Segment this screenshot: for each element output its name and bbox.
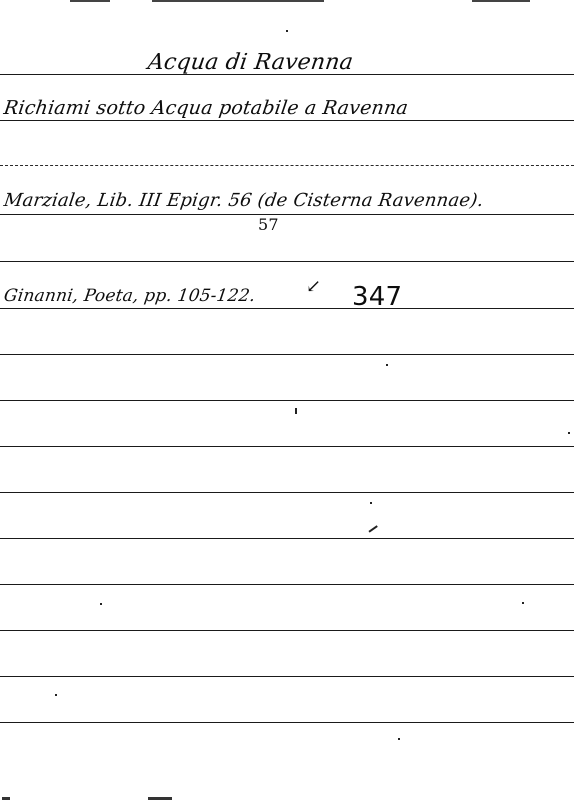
scan-speck [386,364,388,366]
scan-speck [398,738,400,740]
shelf-number: 347 [352,282,402,312]
scan-speck [522,602,524,604]
ruled-line [0,630,574,631]
scan-speck [368,525,377,532]
ruled-line [0,538,574,539]
scan-speck [55,694,57,696]
citation-martial: Marziale, Lib. III Epigr. 56 (de Cistern… [3,190,485,211]
epigram-correction: 57 [258,215,279,234]
ruled-line [0,120,574,121]
ruled-line [0,492,574,493]
ruled-line [0,261,574,262]
card-title: Acqua di Ravenna [146,50,354,75]
ruled-line [0,308,574,309]
ruled-line [0,400,574,401]
scan-speck [370,502,372,504]
index-card: Acqua di Ravenna Richiami sotto Acqua po… [0,0,574,800]
top-edge-fragment [472,0,530,2]
ruled-line [0,722,574,723]
scan-speck [295,408,297,414]
citation-ginanni: Ginanni, Poeta, pp. 105-122. [3,286,257,306]
top-edge-fragment [152,0,324,2]
scan-speck [286,30,288,32]
ruled-line [0,354,574,355]
top-edge-fragment [70,0,110,2]
cross-reference-line: Richiami sotto Acqua potabile a Ravenna [2,97,409,119]
ruled-line [0,584,574,585]
ruled-line [0,165,574,166]
scan-speck [100,603,102,605]
scan-speck [568,432,570,434]
ruled-line [0,446,574,447]
ruled-line [0,214,574,215]
arrow-mark-icon: ↙ [306,276,321,297]
ruled-line [0,676,574,677]
